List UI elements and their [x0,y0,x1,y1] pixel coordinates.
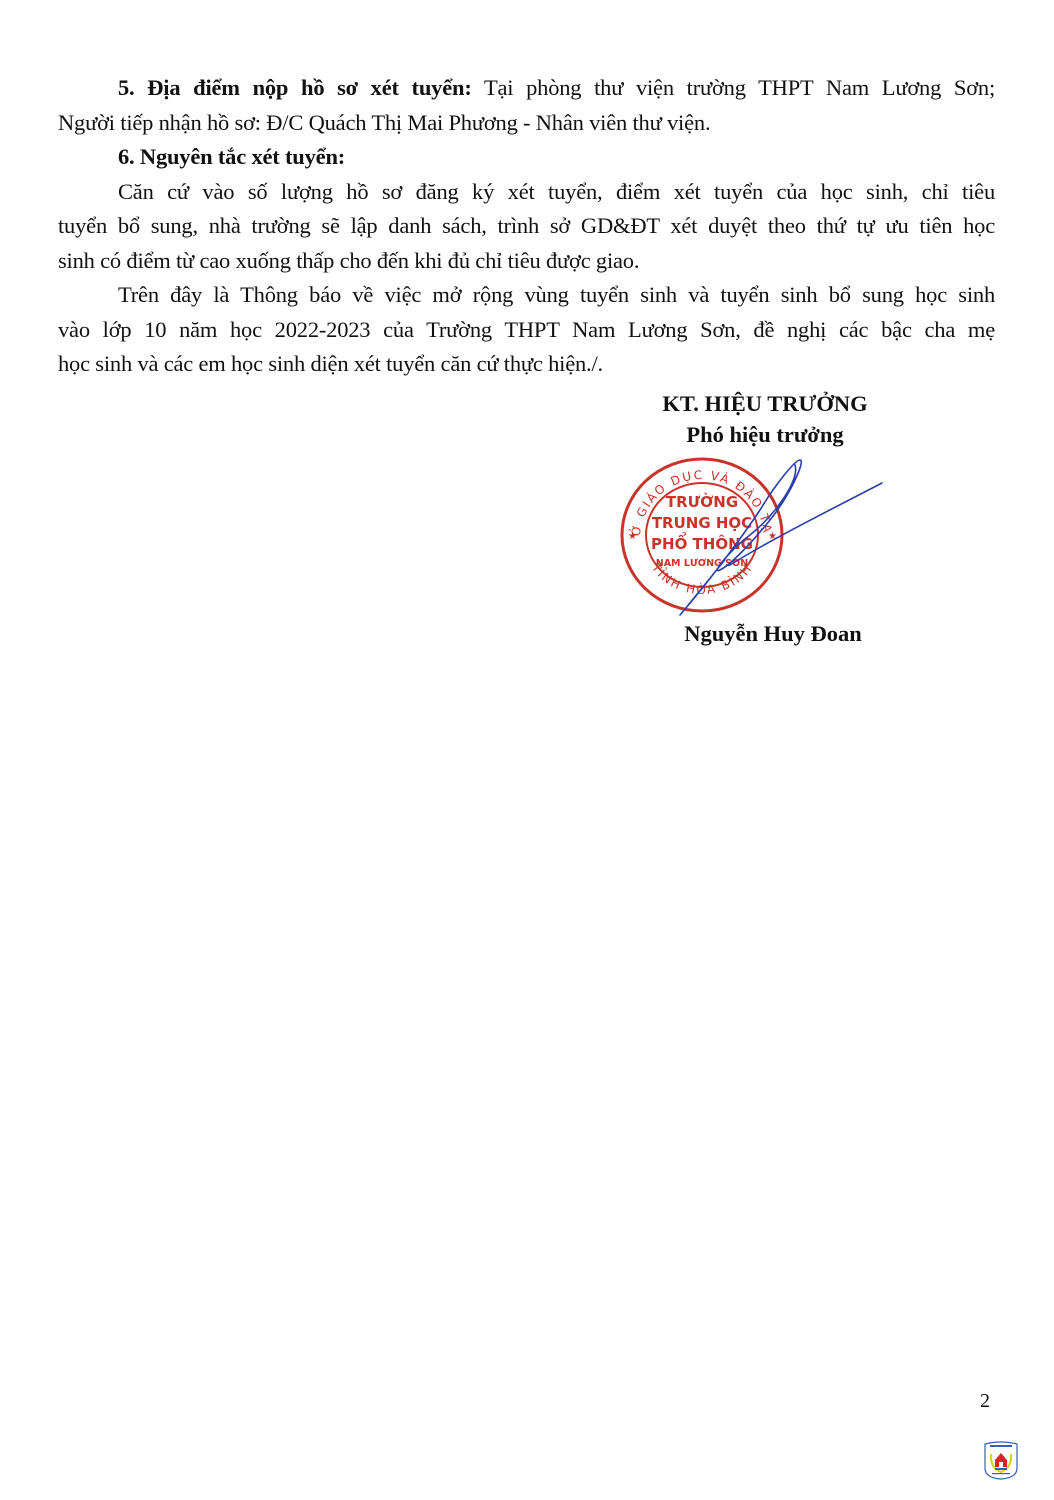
document-body: 5. Địa điểm nộp hồ sơ xét tuyển: Tại phò… [58,71,995,382]
section-5-line-1: 5. Địa điểm nộp hồ sơ xét tuyển: Tại phò… [58,71,995,106]
stamp-inner-line-2: TRUNG HỌC [652,514,752,532]
stamp-inner-line-3: PHỔ THÔNG [651,531,753,553]
closing-paragraph: Trên đây là Thông báo về việc mở rộng vù… [58,278,995,382]
school-logo-icon [982,1440,1020,1480]
section-5-heading: 5. Địa điểm nộp hồ sơ xét tuyển: [118,75,472,100]
section-6-line-1: Căn cứ vào số lượng hồ sơ đăng ký xét tu… [58,175,995,210]
official-stamp: SỞ GIÁO DỤC VÀ ĐÀO TẠO TỈNH HÒA BÌNH ★ ★… [618,455,786,615]
stamp-star-left-icon: ★ [628,531,637,542]
section-6-body: Căn cứ vào số lượng hồ sơ đăng ký xét tu… [58,175,995,279]
section-6-line-2: tuyển bổ sung, nhà trường sẽ lập danh sá… [58,209,995,244]
section-6-heading-para: 6. Nguyên tắc xét tuyển: [58,140,995,175]
signature-subtitle: Phó hiệu trưởng [620,422,910,448]
section-5-line-2: Người tiếp nhận hồ sơ: Đ/C Quách Thị Mai… [58,106,995,141]
section-5-contact: Người tiếp nhận hồ sơ: Đ/C Quách Thị Mai… [58,106,995,141]
document-page: 5. Địa điểm nộp hồ sơ xét tuyển: Tại phò… [0,0,1054,1500]
signer-name: Nguyễn Huy Đoan [628,621,918,647]
page-number: 2 [980,1390,990,1413]
section-5: 5. Địa điểm nộp hồ sơ xét tuyển: Tại phò… [58,71,995,106]
stamp-inner-line-1: TRƯỜNG [666,492,738,511]
closing-line-2: vào lớp 10 năm học 2022-2023 của Trường … [58,313,995,348]
closing-line-3: học sinh và các em học sinh diện xét tuy… [58,347,995,382]
section-6-line-3: sinh có điểm từ cao xuống thấp cho đến k… [58,244,995,279]
section-6-heading: 6. Nguyên tắc xét tuyển: [58,140,995,175]
section-5-text: Tại phòng thư viện trường THPT Nam Lương… [472,75,995,100]
closing-line-1: Trên đây là Thông báo về việc mở rộng vù… [58,278,995,313]
signature-title: KT. HIỆU TRƯỞNG [620,391,910,417]
stamp-inner-line-4: NAM LƯƠNG SƠN [656,558,749,569]
stamp-star-right-icon: ★ [768,531,777,542]
